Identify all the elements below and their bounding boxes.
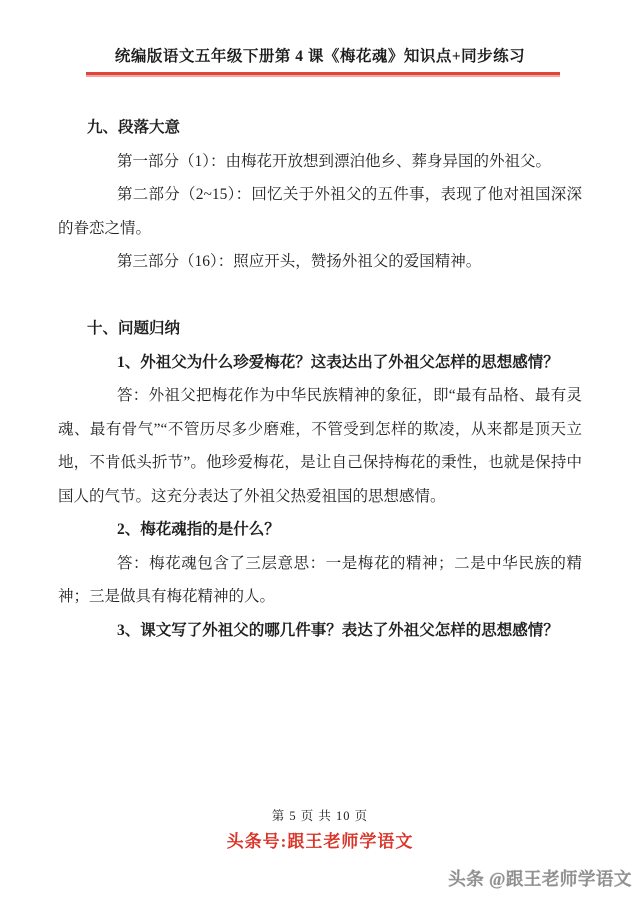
- section-heading-question-summary: 十、问题归纳: [58, 312, 582, 346]
- document-title: 统编版语文五年级下册第 4 课《梅花魂》知识点+同步练习: [0, 44, 640, 66]
- answer-2: 答：梅花魂包含了三层意思：一是梅花的精神；二是中华民族的精神；三是做具有梅花精神…: [58, 547, 582, 614]
- footer-channel-name: 头条号:跟王老师学语文: [0, 827, 640, 852]
- question-3: 3、课文写了外祖父的哪几件事？表达了外祖父怎样的思想感情？: [58, 614, 582, 648]
- answer-1: 答：外祖父把梅花作为中华民族精神的象征，即“最有品格、最有灵魂、最有骨气”“不管…: [58, 379, 582, 513]
- title-underline-rule: [86, 72, 560, 77]
- page-number-indicator: 第 5 页 共 10 页: [0, 806, 640, 824]
- question-2: 2、梅花魂指的是什么？: [58, 513, 582, 547]
- question-1: 1、外祖父为什么珍爱梅花？这表达出了外祖父怎样的思想感情？: [58, 346, 582, 380]
- toutiao-watermark: 头条 @跟王老师学语文: [448, 866, 632, 891]
- document-body: 九、段落大意 第一部分（1）：由梅花开放想到漂泊他乡、葬身异国的外祖父。 第二部…: [58, 111, 582, 647]
- paragraph-part-3: 第三部分（16）：照应开头，赞扬外祖父的爱国精神。: [58, 245, 582, 279]
- document-page: 统编版语文五年级下册第 4 课《梅花魂》知识点+同步练习 九、段落大意 第一部分…: [0, 0, 640, 905]
- paragraph-part-1: 第一部分（1）：由梅花开放想到漂泊他乡、葬身异国的外祖父。: [58, 145, 582, 179]
- section-heading-paragraph-summary: 九、段落大意: [58, 111, 582, 145]
- paragraph-part-2: 第二部分（2~15）：回忆关于外祖父的五件事，表现了他对祖国深深的眷恋之情。: [58, 178, 582, 245]
- blank-line-spacer: [58, 279, 582, 313]
